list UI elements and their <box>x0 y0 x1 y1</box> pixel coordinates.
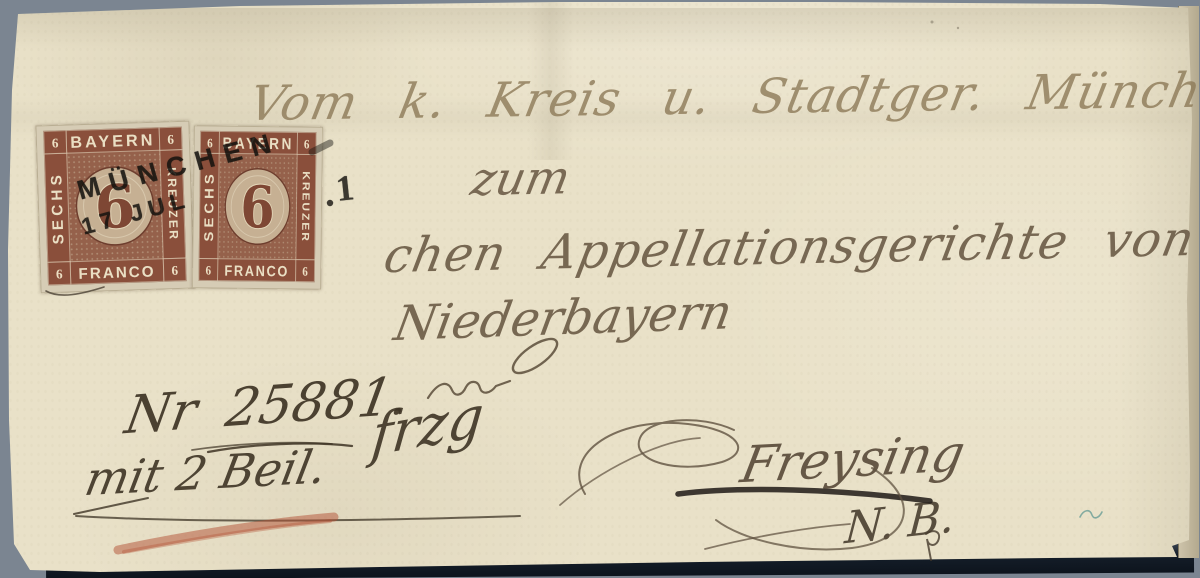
stamp-corner-value-tl: 6 <box>52 135 59 150</box>
handwriting-connector-word: zum <box>467 150 575 206</box>
handwriting-destination-crossed-out: Freysing <box>736 424 969 494</box>
stamp-denomination-numeral: 6 <box>240 173 275 241</box>
stamp-corner-value-tr: 6 <box>167 132 174 147</box>
stamp-sechs-label: SECHS <box>201 170 217 241</box>
stamp-sechs-label: SECHS <box>48 171 67 245</box>
stamp-kreuzer-label: KREUZER <box>299 171 311 243</box>
stamp-corner-value-bl: 6 <box>206 263 212 278</box>
photo-postal-cover: BAYERN FRANCO SECHS KREUZER 6 6 6 6 6 <box>0 0 1200 578</box>
stamp-corner-value-br: 6 <box>171 263 178 278</box>
paper-crease-top <box>0 8 1200 50</box>
stamp-corner-value-bl: 6 <box>56 266 63 281</box>
stamp-franco-label: FRANCO <box>78 263 156 283</box>
stamp-country-label: BAYERN <box>70 131 156 152</box>
stamp-corner-value-tr: 6 <box>304 137 310 152</box>
stamp-franco-label: FRANCO <box>224 262 289 280</box>
stamp-corner-value-br: 6 <box>302 264 308 279</box>
